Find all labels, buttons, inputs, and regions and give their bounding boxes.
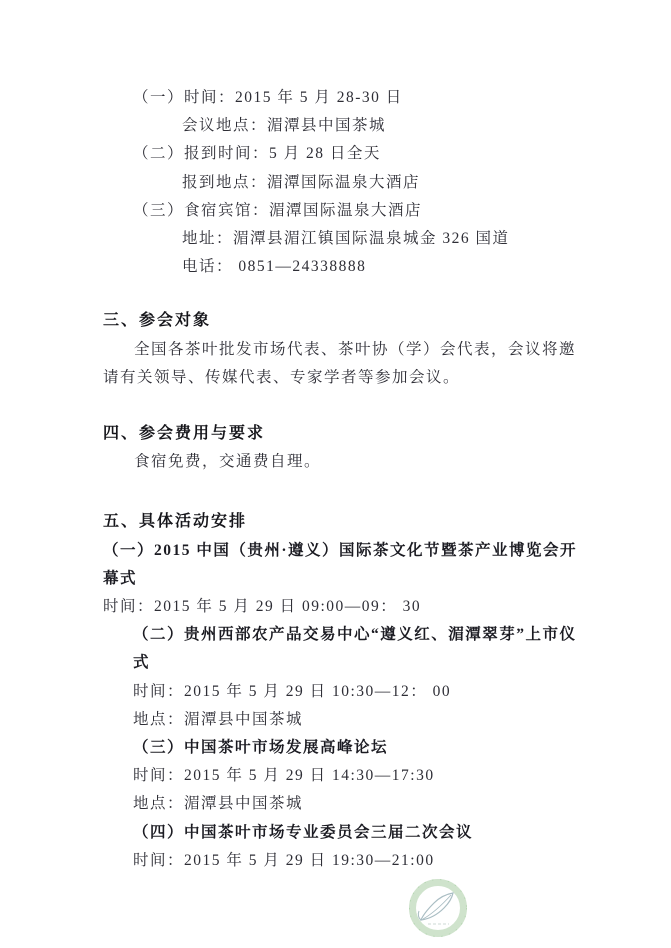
info-line-checkin-place: 报到地点：湄潭国际温泉大酒店 [103,169,581,197]
event-title: （四）中国茶叶市场专业委员会三届二次会议 [103,819,581,847]
fees-body: 食宿免费，交通费自理。 [103,448,581,476]
info-line-phone: 电话： 0851—24338888 [103,253,581,281]
leaf-vein [423,895,451,919]
info-line-meeting-place: 会议地点：湄潭县中国茶城 [103,112,581,140]
document-page: （一）时间：2015 年 5 月 28-30 日 会议地点：湄潭县中国茶城 （二… [0,0,671,948]
event-title: （一）2015 中国（贵州·遵义）国际茶文化节暨茶产业博览会开幕式 [103,537,581,593]
info-line-time: （一）时间：2015 年 5 月 28-30 日 [103,84,581,112]
venue-info-section: （一）时间：2015 年 5 月 28-30 日 会议地点：湄潭县中国茶城 （二… [103,84,581,281]
event-location: 地点：湄潭县中国茶城 [103,790,581,818]
event-time: 时间：2015 年 5 月 29 日 09:00—09： 30 [103,593,581,621]
info-line-checkin-time: （二）报到时间：5 月 28 日全天 [103,140,581,168]
leaf-outline [421,893,453,920]
event-title: （二）贵州西部农产品交易中心“遵义红、湄潭翠芽”上市仪式 [103,621,581,677]
tea-leaf-watermark-svg [407,877,469,939]
document-content: （一）时间：2015 年 5 月 28-30 日 会议地点：湄潭县中国茶城 （二… [103,84,581,875]
event-title: （三）中国茶叶市场发展高峰论坛 [103,734,581,762]
agenda-heading: 五、具体活动安排 [103,508,581,536]
tea-leaf-logo-icon [407,877,469,939]
participants-section: 三、参会对象 全国各茶叶批发市场代表、茶叶协（学）会代表，会议将邀请有关领导、传… [103,307,581,392]
info-line-hotel: （三）食宿宾馆：湄潭国际温泉大酒店 [103,197,581,225]
info-line-address: 地址：湄潭县湄江镇国际温泉城金 326 国道 [103,225,581,253]
event-time: 时间：2015 年 5 月 29 日 14:30—17:30 [103,762,581,790]
participants-body: 全国各茶叶批发市场代表、茶叶协（学）会代表，会议将邀请有关领导、传媒代表、专家学… [103,336,581,392]
event-time: 时间：2015 年 5 月 29 日 19:30—21:00 [103,847,581,875]
fees-section: 四、参会费用与要求 食宿免费，交通费自理。 [103,420,581,476]
agenda-section: 五、具体活动安排 （一）2015 中国（贵州·遵义）国际茶文化节暨茶产业博览会开… [103,508,581,875]
participants-heading: 三、参会对象 [103,307,581,335]
event-location: 地点：湄潭县中国茶城 [103,706,581,734]
fees-heading: 四、参会费用与要求 [103,420,581,448]
event-time: 时间：2015 年 5 月 29 日 10:30—12： 00 [103,678,581,706]
